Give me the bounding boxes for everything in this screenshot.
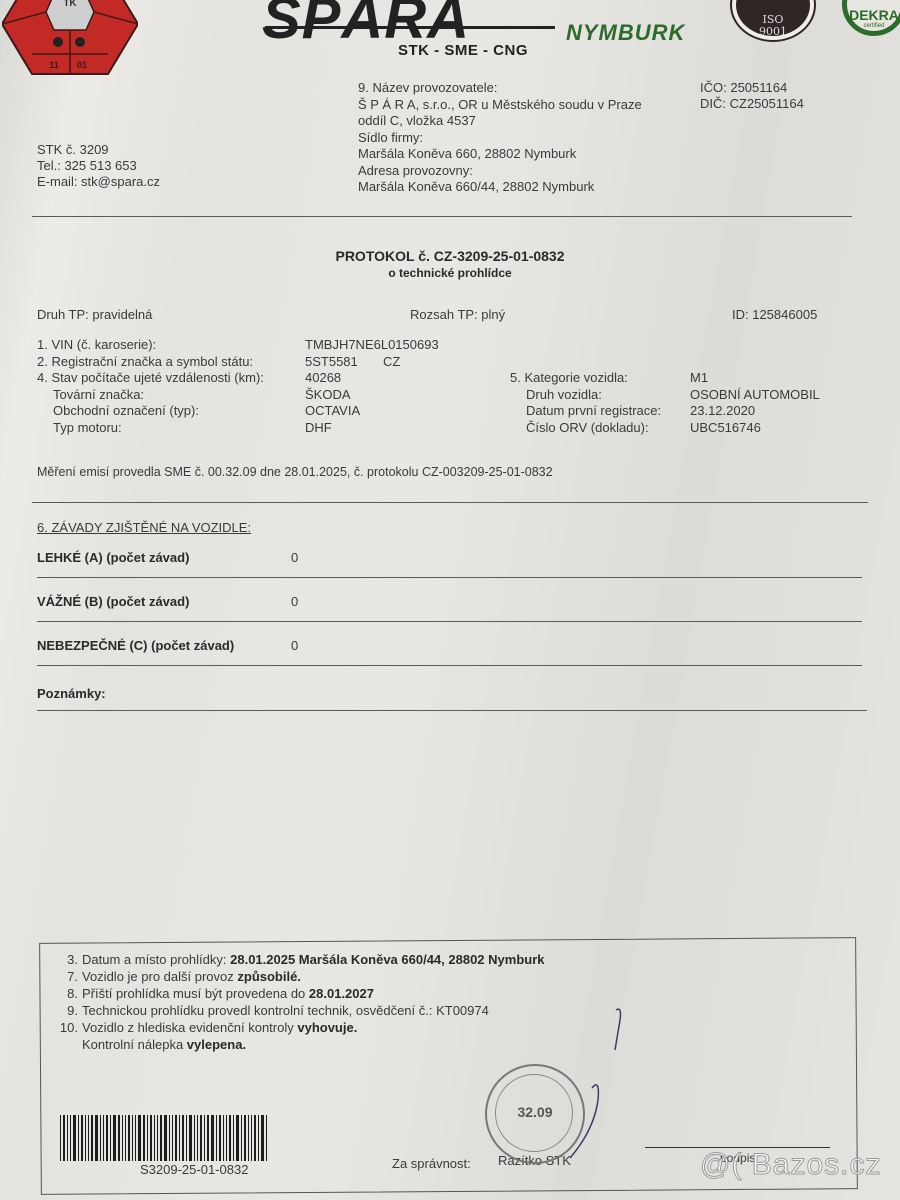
result-line-text: Technickou prohlídku provedl kontrolní t… bbox=[82, 1003, 489, 1018]
vehicle-field-value: M1 bbox=[690, 370, 708, 386]
barcode-bar bbox=[189, 1115, 192, 1161]
vehicle-field-label: Datum první registrace: bbox=[526, 403, 661, 419]
barcode-bar bbox=[88, 1115, 89, 1161]
protocol-subtitle: o technické prohlídce bbox=[0, 266, 900, 280]
result-line-number: 9. bbox=[56, 1003, 78, 1019]
vehicle-field-value: DHF bbox=[305, 420, 332, 436]
svg-text:TK: TK bbox=[63, 0, 77, 9]
barcode-bar bbox=[244, 1115, 246, 1161]
dekra-sub: certified bbox=[847, 23, 900, 29]
result-line: 9.Technickou prohlídku provedl kontrolní… bbox=[56, 1003, 489, 1019]
barcode-bar bbox=[186, 1115, 187, 1161]
logo-main-text: ŠPÁRA bbox=[262, 0, 557, 44]
result-line: 10.Vozidlo z hlediska evidenční kontroly… bbox=[56, 1020, 357, 1036]
barcode-bar bbox=[81, 1115, 83, 1161]
logo-subtitle: STK - SME - CNG bbox=[398, 42, 528, 59]
barcode-bar bbox=[216, 1115, 217, 1161]
inspection-type: Druh TP: pravidelná bbox=[37, 307, 152, 323]
defects-heading: 6. ZÁVADY ZJIŠTĚNÉ NA VOZIDLE: bbox=[37, 520, 251, 536]
divider bbox=[37, 621, 862, 622]
vehicle-field-value: TMBJH7NE6L0150693 bbox=[305, 337, 439, 353]
signature-icon bbox=[560, 1000, 670, 1160]
za-spravnost-label: Za správnost: bbox=[392, 1156, 471, 1172]
result-line-value: 28.01.2025 Maršála Koněva 660/44, 28802 … bbox=[230, 952, 544, 967]
station-phone: Tel.: 325 513 653 bbox=[37, 158, 137, 174]
barcode-bar bbox=[179, 1115, 180, 1161]
result-line-value: vyhovuje. bbox=[297, 1020, 357, 1035]
protocol-title: PROTOKOL č. CZ-3209-25-01-0832 bbox=[0, 248, 900, 264]
result-line: 7.Vozidlo je pro další provoz způsobilé. bbox=[56, 969, 301, 985]
divider bbox=[32, 216, 852, 217]
operator-line: Sídlo firmy: bbox=[358, 130, 423, 146]
watermark: @( Bazos.cz bbox=[700, 1148, 882, 1182]
barcode-bar bbox=[135, 1115, 136, 1161]
barcode-bar bbox=[122, 1115, 123, 1161]
barcode-bar bbox=[233, 1115, 234, 1161]
operator-ico: IČO: 25051164 bbox=[700, 80, 787, 96]
barcode-bar bbox=[113, 1115, 116, 1161]
barcode-bar bbox=[103, 1115, 104, 1161]
barcode-bar bbox=[150, 1115, 152, 1161]
defect-label: VÁŽNÉ (B) (počet závad) bbox=[37, 594, 189, 610]
barcode-bar bbox=[67, 1115, 68, 1161]
vehicle-field-label: Typ motoru: bbox=[53, 420, 122, 436]
defect-count: 0 bbox=[291, 638, 298, 654]
barcode-bar bbox=[175, 1115, 177, 1161]
vehicle-field-label: Druh vozidla: bbox=[526, 387, 602, 403]
station-number: STK č. 3209 bbox=[37, 142, 109, 158]
result-line-text: Kontrolní nálepka bbox=[82, 1037, 187, 1052]
barcode-bar bbox=[73, 1115, 76, 1161]
barcode-bar bbox=[91, 1115, 93, 1161]
barcode-bar bbox=[266, 1115, 267, 1161]
result-line: 3.Datum a místo prohlídky: 28.01.2025 Ma… bbox=[56, 952, 545, 968]
result-line-text: Vozidlo je pro další provoz bbox=[82, 969, 237, 984]
result-line: 8.Příští prohlídka musí být provedena do… bbox=[56, 986, 374, 1002]
barcode-bar bbox=[132, 1115, 133, 1161]
protocol-id: ID: 125846005 bbox=[732, 307, 817, 323]
barcode-bar bbox=[60, 1115, 61, 1161]
operator-line: Adresa provozovny: bbox=[358, 163, 473, 179]
barcode bbox=[60, 1115, 312, 1161]
barcode-bar bbox=[110, 1115, 111, 1161]
barcode-bar bbox=[164, 1115, 167, 1161]
vehicle-field-value: OSOBNÍ AUTOMOBIL bbox=[690, 387, 820, 403]
barcode-bar bbox=[157, 1115, 158, 1161]
vehicle-field-label: Tovární značka: bbox=[53, 387, 144, 403]
vehicle-field-value: OCTAVIA bbox=[305, 403, 360, 419]
operator-line: Š P Á R A, s.r.o., OR u Městského soudu … bbox=[358, 97, 642, 113]
barcode-bar bbox=[63, 1115, 65, 1161]
barcode-bar bbox=[106, 1115, 108, 1161]
result-line-value: způsobilé. bbox=[237, 969, 301, 984]
barcode-bar bbox=[200, 1115, 202, 1161]
defect-label: LEHKÉ (A) (počet závad) bbox=[37, 550, 189, 566]
result-line-number: 8. bbox=[56, 986, 78, 1002]
result-line-text: Datum a místo prohlídky: bbox=[82, 952, 230, 967]
iso-number: 9001 bbox=[736, 26, 810, 38]
inspection-scope: Rozsah TP: plný bbox=[410, 307, 505, 323]
vehicle-field-label: 1. VIN (č. karoserie): bbox=[37, 337, 156, 353]
dekra-label: DEKRA bbox=[849, 7, 899, 23]
defect-label: NEBEZPEČNÉ (C) (počet závad) bbox=[37, 638, 234, 654]
operator-line: Maršála Koněva 660/44, 28802 Nymburk bbox=[358, 179, 594, 195]
vehicle-field-label: 4. Stav počítače ujeté vzdálenosti (km): bbox=[37, 370, 264, 386]
barcode-bar bbox=[85, 1115, 86, 1161]
barcode-bar bbox=[95, 1115, 98, 1161]
vehicle-field-label: Číslo ORV (dokladu): bbox=[526, 420, 649, 436]
barcode-bar bbox=[70, 1115, 71, 1161]
vehicle-field-label: Obchodní označení (typ): bbox=[53, 403, 199, 419]
barcode-bar bbox=[128, 1115, 130, 1161]
barcode-bar bbox=[138, 1115, 141, 1161]
station-email[interactable]: E-mail: stk@spara.cz bbox=[37, 174, 160, 190]
vehicle-field-value: 40268 bbox=[305, 370, 341, 386]
result-line-value: 28.01.2027 bbox=[309, 986, 374, 1001]
barcode-bar bbox=[223, 1115, 224, 1161]
barcode-bar bbox=[143, 1115, 145, 1161]
result-line: Kontrolní nálepka vylepena. bbox=[56, 1037, 246, 1053]
barcode-bar bbox=[229, 1115, 231, 1161]
defect-count: 0 bbox=[291, 594, 298, 610]
vehicle-field-value: 5ST5581 bbox=[305, 354, 358, 370]
barcode-bar bbox=[258, 1115, 259, 1161]
divider bbox=[37, 665, 862, 666]
barcode-bar bbox=[194, 1115, 195, 1161]
iso-9001-badge: ISO 9001 bbox=[732, 0, 814, 40]
barcode-bar bbox=[251, 1115, 252, 1161]
vehicle-field-value: UBC516746 bbox=[690, 420, 761, 436]
divider bbox=[37, 577, 862, 578]
vehicle-field-label: 5. Kategorie vozidla: bbox=[510, 370, 628, 386]
result-line-number: 7. bbox=[56, 969, 78, 985]
operator-line: Maršála Koněva 660, 28802 Nymburk bbox=[358, 146, 576, 162]
logo-underline bbox=[265, 26, 555, 29]
svg-text:11: 11 bbox=[49, 60, 59, 70]
barcode-bar bbox=[100, 1115, 101, 1161]
vehicle-country: CZ bbox=[383, 354, 400, 370]
operator-line: oddíl C, vložka 4537 bbox=[358, 113, 476, 129]
logo-city: NYMBURK bbox=[566, 20, 685, 46]
defect-count: 0 bbox=[291, 550, 298, 566]
barcode-bar bbox=[197, 1115, 198, 1161]
barcode-bar bbox=[248, 1115, 249, 1161]
result-line-text: Příští prohlídka musí být provedena do bbox=[82, 986, 309, 1001]
emissions-note: Měření emisí provedla SME č. 00.32.09 dn… bbox=[37, 464, 553, 480]
result-line-text: Vozidlo z hlediska evidenční kontroly bbox=[82, 1020, 297, 1035]
barcode-bar bbox=[78, 1115, 79, 1161]
vehicle-field-value: ŠKODA bbox=[305, 387, 351, 403]
barcode-bar bbox=[182, 1115, 184, 1161]
barcode-bar bbox=[118, 1115, 120, 1161]
divider bbox=[37, 710, 867, 711]
barcode-bar bbox=[241, 1115, 242, 1161]
barcode-bar bbox=[211, 1115, 214, 1161]
barcode-bar bbox=[254, 1115, 256, 1161]
barcode-bar bbox=[125, 1115, 126, 1161]
notes-label: Poznámky: bbox=[37, 686, 106, 702]
barcode-bar bbox=[236, 1115, 239, 1161]
spara-logo: ŠPÁRA bbox=[262, 0, 557, 46]
operator-dic: DIČ: CZ25051164 bbox=[700, 96, 804, 112]
tk-sticker-icon: TK 11 01 bbox=[2, 0, 138, 78]
barcode-bar bbox=[169, 1115, 170, 1161]
barcode-bar bbox=[154, 1115, 155, 1161]
barcode-bar bbox=[172, 1115, 173, 1161]
barcode-bar bbox=[261, 1115, 264, 1161]
vehicle-field-label: 2. Registrační značka a symbol státu: bbox=[37, 354, 253, 370]
result-line-number: 10. bbox=[56, 1020, 78, 1036]
result-line-number: 3. bbox=[56, 952, 78, 968]
barcode-bar bbox=[204, 1115, 205, 1161]
vehicle-field-value: 23.12.2020 bbox=[690, 403, 755, 419]
svg-text:01: 01 bbox=[77, 60, 87, 70]
result-line-value: vylepena. bbox=[187, 1037, 246, 1052]
divider bbox=[32, 502, 868, 503]
barcode-bar bbox=[160, 1115, 162, 1161]
operator-line: 9. Název provozovatele: bbox=[358, 80, 497, 96]
barcode-bar bbox=[147, 1115, 148, 1161]
barcode-bar bbox=[219, 1115, 221, 1161]
barcode-bar bbox=[226, 1115, 227, 1161]
barcode-bar bbox=[207, 1115, 209, 1161]
barcode-text: S3209-25-01-0832 bbox=[140, 1162, 248, 1178]
dekra-badge: DEKRA certified bbox=[842, 0, 900, 36]
